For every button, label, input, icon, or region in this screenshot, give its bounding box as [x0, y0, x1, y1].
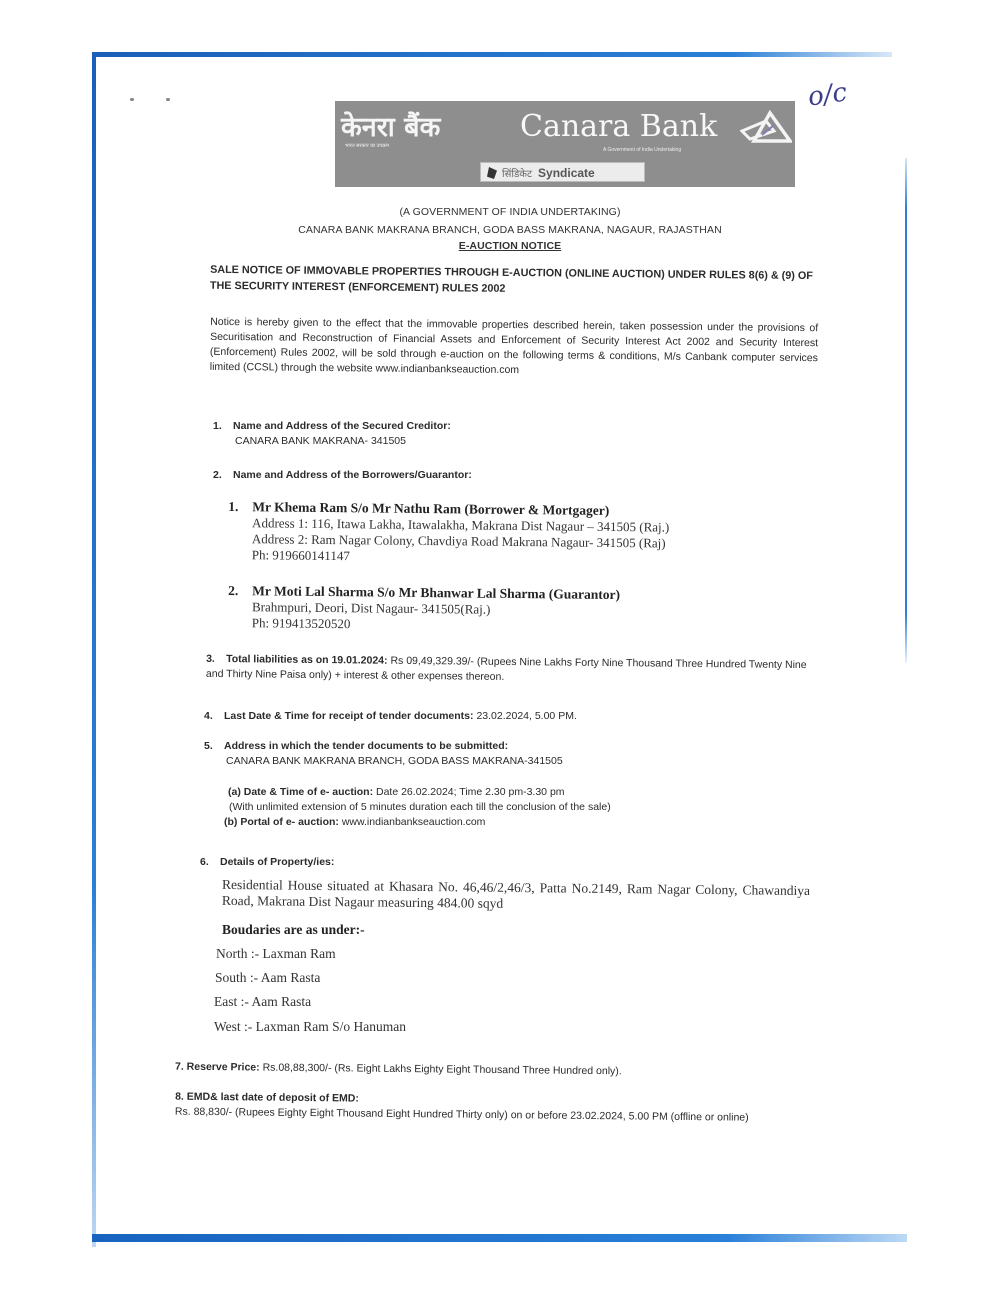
boundaries-heading: Boudaries are as under:- [222, 922, 365, 938]
logo-english-tagline: A Government of India Undertaking [603, 147, 681, 153]
scan-frame-left [92, 52, 96, 1247]
section-7-value: Rs.08,88,300/- (Rs. Eight Lakhs Eighty E… [263, 1062, 622, 1078]
header-line-1: (A GOVERNMENT OF INDIA UNDERTAKING) [200, 206, 820, 218]
boundary-east: East :- Aam Rasta [214, 994, 311, 1010]
section-borrowers: 2.Name and Address of the Borrowers/Guar… [213, 468, 813, 483]
logo-hindi-tagline: भारत सरकार का उपक्रम [345, 143, 389, 149]
notice-title: E-AUCTION NOTICE [200, 240, 820, 252]
section-tender-deadline: 4.Last Date & Time for receipt of tender… [204, 709, 809, 724]
scan-speck [130, 98, 134, 101]
section-1-label: Name and Address of the Secured Creditor… [233, 420, 451, 432]
party-guarantor: 2.Mr Moti Lal Sharma S/o Mr Bhanwar Lal … [228, 583, 808, 637]
auction-extension-note: (With unlimited extension of 5 minutes d… [204, 800, 814, 815]
section-property-details: 6.Details of Property/ies: [200, 855, 810, 870]
syndicate-hindi: सिंडिकेट [502, 169, 532, 180]
syndicate-badge: सिंडिकेटSyndicate [480, 162, 645, 182]
boundary-west: West :- Laxman Ram S/o Hanuman [214, 1019, 406, 1035]
syndicate-logo-icon [487, 167, 497, 179]
intro-paragraph: Notice is hereby given to the effect tha… [210, 315, 819, 381]
section-2-label: Name and Address of the Borrowers/Guaran… [233, 469, 472, 481]
boundary-south: South :- Aam Rasta [215, 970, 320, 986]
canara-bank-logo: केनरा बैंक भारत सरकार का उपक्रम Canara B… [335, 101, 795, 187]
section-4-value: 23.02.2024, 5.00 PM. [476, 710, 576, 722]
section-3-label: Total liabilities as on 19.01.2024: [226, 653, 388, 667]
canara-emblem-icon [740, 109, 792, 147]
auction-date-value: Date 26.02.2024; Time 2.30 pm-3.30 pm [376, 786, 565, 798]
handwritten-annotation: o/c [806, 77, 849, 112]
section-4-label: Last Date & Time for receipt of tender d… [224, 710, 474, 722]
section-7-label: Reserve Price: [187, 1061, 260, 1074]
logo-english-name: Canara Bank [520, 109, 717, 144]
notice-title-text: E-AUCTION NOTICE [459, 240, 562, 252]
section-emd: 8. EMD& last date of deposit of EMD: Rs.… [175, 1090, 815, 1127]
scan-frame-bottom [92, 1234, 907, 1242]
section-5-label: Address in which the tender documents to… [224, 740, 508, 752]
section-secured-creditor: 1.Name and Address of the Secured Credit… [213, 419, 813, 449]
section-5-value: CANARA BANK MAKRANA BRANCH, GODA BASS MA… [204, 754, 814, 769]
section-1-value: CANARA BANK MAKRANA- 341505 [213, 434, 813, 449]
section-tender-address: 5.Address in which the tender documents … [204, 739, 814, 830]
syndicate-english: Syndicate [538, 166, 595, 180]
sale-heading: SALE NOTICE OF IMMOVABLE PROPERTIES THRO… [210, 262, 825, 300]
auction-portal-label: (b) Portal of e- auction: [224, 816, 339, 828]
section-6-label: Details of Property/ies: [220, 856, 334, 868]
header-line-2: CANARA BANK MAKRANA BRANCH, GODA BASS MA… [200, 224, 820, 236]
auction-date-label: (a) Date & Time of e- auction: [228, 786, 373, 798]
party-borrower: 1.Mr Khema Ram S/o Mr Nathu Ram (Borrowe… [228, 499, 809, 569]
auction-portal-link[interactable]: www.indianbankseauction.com [342, 816, 486, 828]
scan-frame-right [905, 158, 907, 663]
section-reserve-price: 7. Reserve Price: Rs.08,88,300/- (Rs. Ei… [175, 1060, 815, 1082]
boundary-north: North :- Laxman Ram [216, 946, 336, 962]
section-8-label: EMD& last date of deposit of EMD: [187, 1091, 359, 1105]
scan-speck [166, 98, 170, 101]
property-description: Residential House situated at Khasara No… [222, 877, 810, 915]
section-total-liabilities: 3.Total liabilities as on 19.01.2024: Rs… [206, 652, 811, 688]
scan-frame-top [92, 52, 892, 57]
logo-hindi-name: केनरा बैंक [341, 107, 440, 144]
